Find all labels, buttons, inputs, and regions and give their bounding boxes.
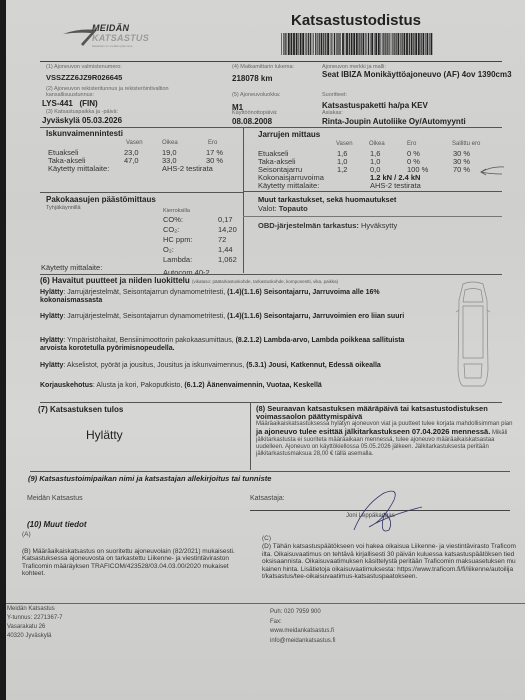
obd-label: OBD-järjestelmän tarkastus:	[258, 221, 359, 230]
signature-scribble	[344, 485, 429, 540]
page-title: Katsastustodistus	[291, 12, 421, 29]
other-info-b: (B) Määräaikaiskatsastus on suoritettu a…	[22, 548, 247, 577]
car-diagram	[453, 280, 493, 392]
customer-value: Rinta-Joupin Autoliike Oy/Automyynti	[322, 117, 466, 126]
footer-web[interactable]: www.meidankatsastus.fi	[270, 627, 335, 637]
defects-title: (6) Havaitut puutteet ja niiden luokitte…	[40, 276, 190, 285]
shock-test-title: Iskunvaimennintesti	[46, 129, 123, 138]
other-info-a: (A)	[22, 531, 31, 538]
handwritten-arrow-icon	[478, 164, 506, 178]
defect-item: Hylätty: Jarrujärjestelmät, Seisontajarr…	[40, 313, 430, 321]
footer-ytunnus: Y-tunnus: 2271367-7	[7, 614, 63, 623]
vin-value: VSSZZZ6JZ9R026645	[46, 73, 122, 82]
brake-device-label: Käytetty mittalaite:	[258, 181, 319, 190]
defects-subtitle: (vikataso: päätarkastuskohde, tarkastusk…	[192, 279, 338, 284]
shock-col-oikea: Oikea	[162, 140, 178, 146]
odometer-value: 218078 km	[232, 74, 272, 83]
next-inspection-title: (8) Seuraavan katsastuksen määräpäivä ta…	[256, 405, 518, 420]
performed-value: Katsastuspaketti ha/pa KEV	[322, 101, 428, 110]
customer-label: Asiakas:	[322, 110, 343, 116]
reg-label: (2) Ajoneuvon rekisteritunnus ja rekiste…	[46, 86, 216, 98]
logo-line1: MEIDÄN	[92, 23, 129, 33]
signature-title: (9) Katsastustoimipaikan nimi ja katsast…	[28, 474, 271, 483]
shock-col-vasen: Vasen	[126, 140, 143, 146]
logo-tagline: katsastus on meidän juttumme	[92, 44, 133, 48]
footer-contact-block: Puh: 020 7959 900 Fax: www.meidankatsast…	[270, 608, 335, 646]
footer-company: Meidän Katsastus	[7, 605, 63, 614]
inspector-label: Katsastaja:	[250, 495, 285, 502]
emission-rpm-label: Kierroksilla	[163, 208, 190, 214]
performed-label: Suoritteet:	[322, 92, 347, 98]
footer-address: Vasarakatu 26	[7, 623, 63, 632]
shock-device-label: Käytetty mittalaite:	[48, 164, 109, 173]
shock-col-ero: Ero	[208, 140, 217, 146]
lights-label: Valot:	[258, 204, 277, 213]
footer-company-block: Meidän Katsastus Y-tunnus: 2271367-7 Vas…	[7, 605, 63, 641]
result-title: (7) Katsastuksen tulos	[38, 405, 123, 414]
first-use-label: Käyttöönottopäivä:	[232, 110, 278, 116]
footer-email[interactable]: info@meidankatsastus.fi	[270, 637, 335, 647]
first-use-value: 08.08.2008	[232, 117, 272, 126]
other-info-d: (D) Tähän katsastuspäätökseen voi hakea …	[262, 543, 516, 581]
emission-title: Pakokaasujen päästömittaus	[46, 195, 156, 204]
footer-fax: Fax:	[270, 618, 335, 628]
reg-value: LYS-441 (FIN)	[42, 99, 98, 108]
emission-device-label: Käytetty mittalaite:	[41, 263, 102, 272]
class-label: (5) Ajoneuvoluokka:	[232, 92, 280, 98]
lights-value: Topauto	[279, 204, 308, 213]
place-label: (3) Katsastuspaikka ja -päivä:	[46, 109, 118, 115]
defect-item: Hylätty: Ympäristöhaitat, Bensiinimootto…	[40, 337, 430, 353]
barcode	[281, 33, 434, 55]
place-value: Jyväskylä 05.03.2026	[42, 116, 122, 125]
defect-item: Hylätty: Akselistot, pyörät ja jousitus,…	[40, 362, 430, 370]
inspection-certificate: MEIDÄN KATSASTUS katsastus on meidän jut…	[6, 0, 525, 700]
emission-idle-label: Tyhjäkäynnillä	[46, 205, 81, 211]
result-value: Hylätty	[86, 428, 123, 442]
vin-label: (1) Ajoneuvon valmistenumero:	[46, 64, 122, 70]
shock-device-value: AHS-2 testirata	[162, 164, 213, 173]
defect-item: Korjauskehotus: Alusta ja kori, Pakoputk…	[40, 382, 430, 390]
brake-test-title: Jarrujen mittaus	[258, 130, 320, 139]
footer-city: 40320 Jyväskylä	[7, 632, 63, 641]
station-name: Meidän Katsastus	[27, 495, 83, 502]
brake-device-value: AHS-2 testirata	[370, 181, 421, 190]
other-checks-title: Muut tarkastukset, sekä huomautukset	[258, 195, 396, 204]
other-info-title: (10) Muut tiedot	[27, 520, 87, 529]
make-value: Seat IBIZA Monikäyttöajoneuvo (AF) 4ov 1…	[322, 71, 512, 79]
odometer-label: (4) Matkamittarin lukema:	[232, 64, 294, 70]
logo-line2: KATSASTUS	[92, 33, 149, 43]
next-inspection-text: Määräaikaiskatsastuksessa hylätyn ajoneu…	[256, 421, 518, 458]
other-info-c: (C)	[262, 535, 271, 542]
obd-value: Hyväksytty	[361, 221, 397, 230]
footer-phone: Puh: 020 7959 900	[270, 608, 335, 618]
defect-item: Hylätty: Jarrujärjestelmät, Seisontajarr…	[40, 289, 430, 305]
